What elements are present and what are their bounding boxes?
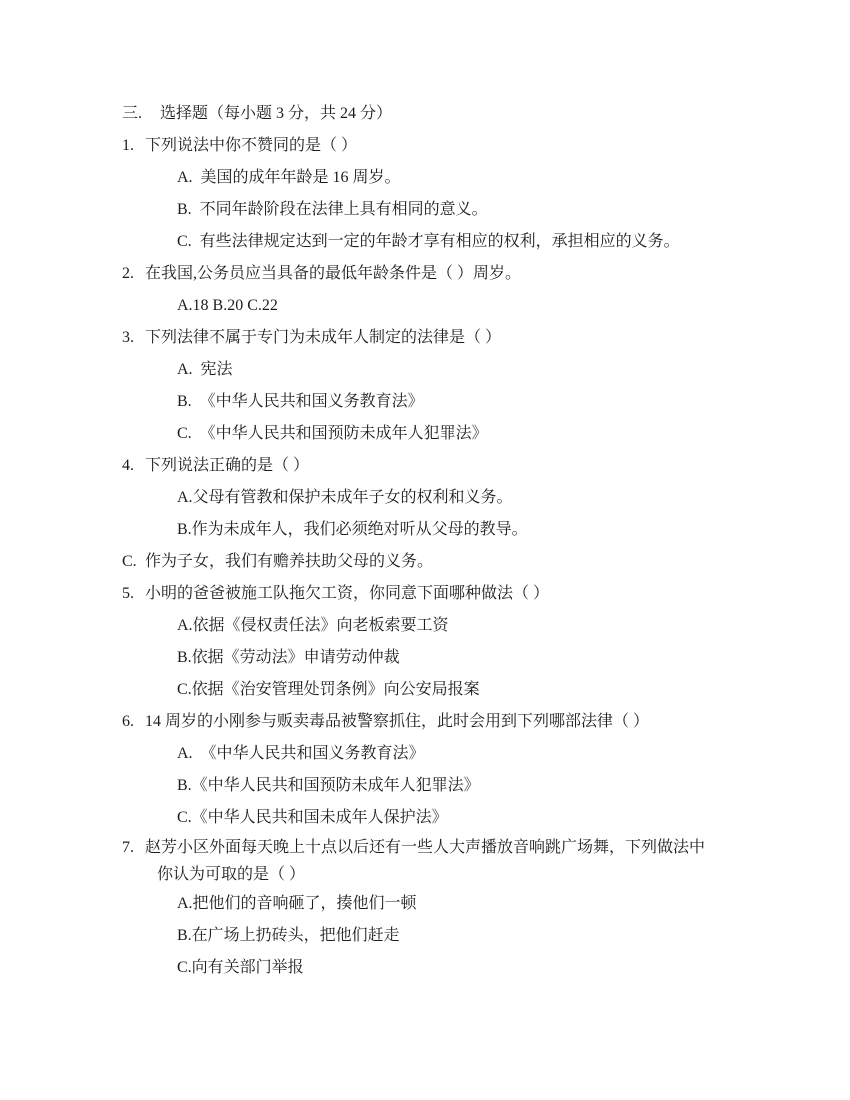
section-heading-title: 选择题（每小题 3 分，共 24 分）	[160, 98, 802, 130]
exam-document-page: 三. 选择题（每小题 3 分，共 24 分） 1. 下列说法中你不赞同的是（ ）…	[0, 0, 850, 1100]
question-3-option-b: B. 《中华人民共和国义务教育法》	[177, 386, 802, 418]
question-1-option-a: A. 美国的成年年龄是 16 周岁。	[177, 162, 802, 194]
question-4-option-c: C. 作为子女，我们有赡养扶助父母的义务。	[122, 546, 802, 578]
question-7-option-c: C.向有关部门举报	[177, 952, 802, 984]
question-1-text: 下列说法中你不赞同的是（ ）	[145, 130, 802, 162]
question-6: 6. 14 周岁的小刚参与贩卖毒品被警察抓住，此时会用到下列哪部法律（ ）	[122, 706, 802, 738]
question-7-option-a: A.把他们的音响砸了，揍他们一顿	[177, 888, 802, 920]
question-5-option-a: A.依据《侵权责任法》向老板索要工资	[177, 610, 802, 642]
question-5-text: 小明的爸爸被施工队拖欠工资，你同意下面哪种做法（ ）	[145, 578, 802, 610]
question-7-text: 赵芳小区外面每天晚上十点以后还有一些人大声播放音响跳广场舞，下列做法中你认为可取…	[145, 834, 713, 888]
question-1-number: 1.	[122, 130, 145, 162]
question-2-options: A.18 B.20 C.22	[177, 290, 802, 322]
question-4-option-b: B.作为未成年人，我们必须绝对听从父母的教导。	[177, 514, 802, 546]
question-7-number: 7.	[122, 834, 145, 861]
question-4-option-a: A.父母有管教和保护未成年子女的权利和义务。	[177, 482, 802, 514]
question-4-option-c-text: 作为子女，我们有赡养扶助父母的义务。	[145, 546, 802, 578]
question-2: 2. 在我国,公务员应当具备的最低年龄条件是（ ）周岁。	[122, 258, 802, 290]
question-4-number: 4.	[122, 450, 145, 482]
question-3-text: 下列法律不属于专门为未成年人制定的法律是（ ）	[145, 322, 802, 354]
question-3-option-c: C. 《中华人民共和国预防未成年人犯罪法》	[177, 418, 802, 450]
question-6-option-b: B.《中华人民共和国预防未成年人犯罪法》	[177, 770, 802, 802]
question-6-number: 6.	[122, 706, 145, 738]
question-6-option-a: A. 《中华人民共和国义务教育法》	[177, 738, 802, 770]
question-7-option-b: B.在广场上扔砖头，把他们赶走	[177, 920, 802, 952]
question-4-option-c-label: C.	[122, 546, 145, 578]
question-6-option-c: C.《中华人民共和国未成年人保护法》	[177, 802, 802, 834]
question-4: 4. 下列说法正确的是（ ）	[122, 450, 802, 482]
question-3-option-a: A. 宪法	[177, 354, 802, 386]
question-2-text: 在我国,公务员应当具备的最低年龄条件是（ ）周岁。	[145, 258, 802, 290]
question-5-option-b: B.依据《劳动法》申请劳动仲裁	[177, 642, 802, 674]
question-1: 1. 下列说法中你不赞同的是（ ）	[122, 130, 802, 162]
question-3: 3. 下列法律不属于专门为未成年人制定的法律是（ ）	[122, 322, 802, 354]
question-5-number: 5.	[122, 578, 145, 610]
question-1-option-c: C. 有些法律规定达到一定的年龄才享有相应的权利，承担相应的义务。	[177, 226, 802, 258]
section-heading: 三. 选择题（每小题 3 分，共 24 分）	[122, 98, 802, 130]
section-heading-number: 三.	[122, 98, 160, 130]
question-5: 5. 小明的爸爸被施工队拖欠工资，你同意下面哪种做法（ ）	[122, 578, 802, 610]
question-2-number: 2.	[122, 258, 145, 290]
question-1-option-b: B. 不同年龄阶段在法律上具有相同的意义。	[177, 194, 802, 226]
question-3-number: 3.	[122, 322, 145, 354]
question-4-text: 下列说法正确的是（ ）	[145, 450, 802, 482]
question-7: 7. 赵芳小区外面每天晚上十点以后还有一些人大声播放音响跳广场舞，下列做法中你认…	[122, 834, 802, 888]
question-6-text: 14 周岁的小刚参与贩卖毒品被警察抓住，此时会用到下列哪部法律（ ）	[145, 706, 802, 738]
question-5-option-c: C.依据《治安管理处罚条例》向公安局报案	[177, 674, 802, 706]
